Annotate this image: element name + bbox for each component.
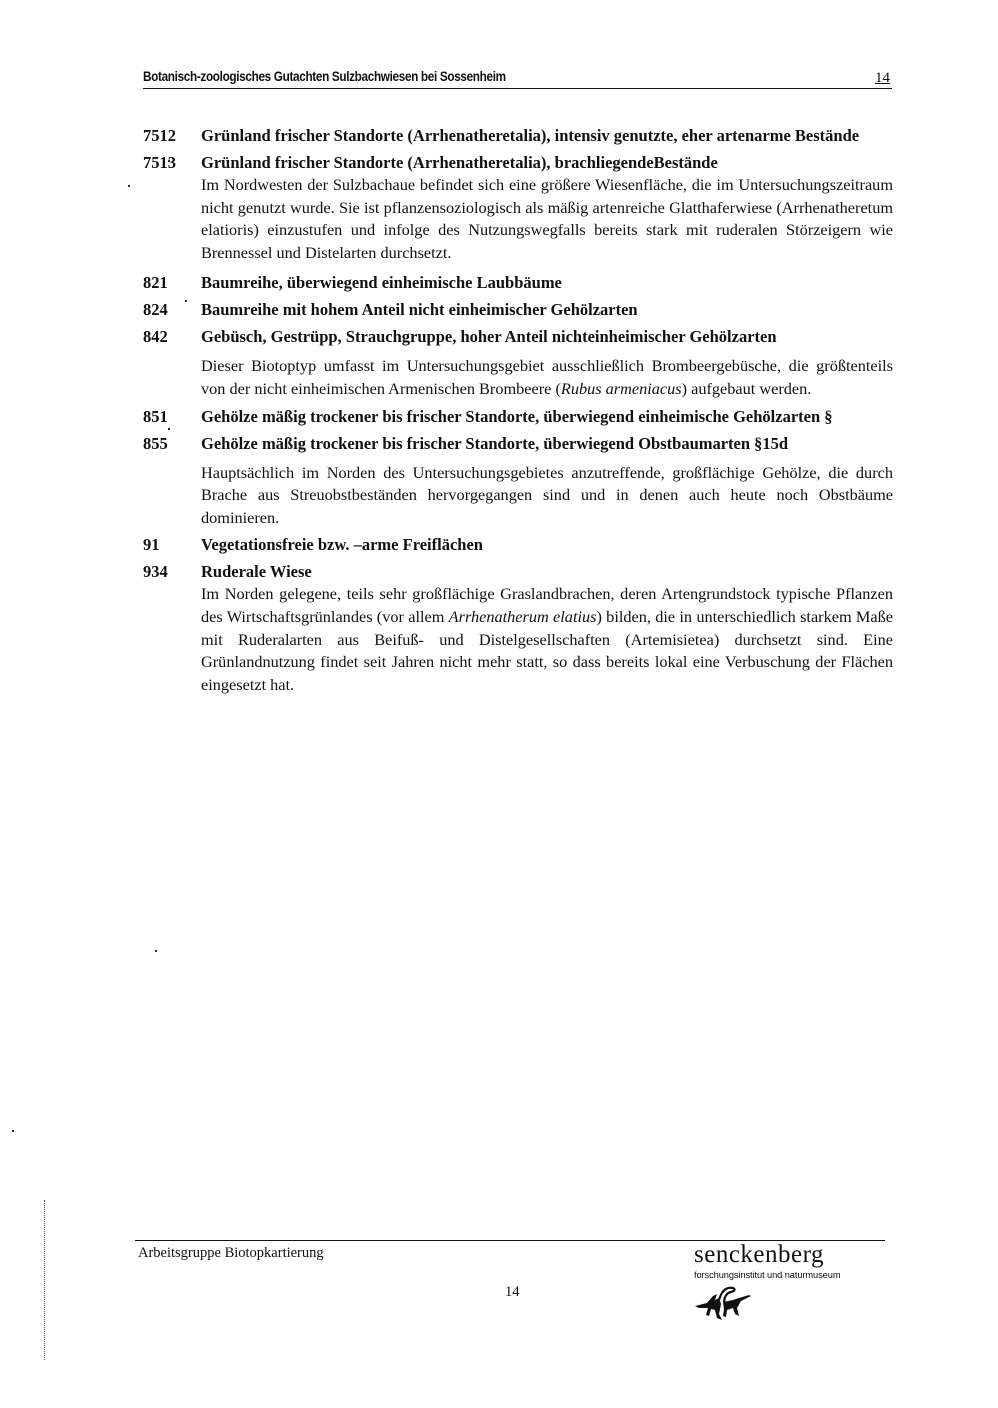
entry-824: 824 Baumreihe mit hohem Anteil nicht ein… (143, 298, 893, 321)
entry-title: Gebüsch, Gestrüpp, Strauchgruppe, hoher … (201, 325, 893, 348)
entry-code: 821 (143, 271, 199, 294)
scan-artifact (44, 1200, 51, 1360)
species-name: Rubus armeniacus (561, 379, 682, 398)
entry-title: Grünland frischer Standorte (Arrhenather… (201, 151, 893, 174)
footer-page-number: 14 (505, 1284, 520, 1301)
entry-description: Im Nordwesten der Sulzbachaue befindet s… (201, 174, 893, 264)
biotope-list: 7512 Grünland frischer Standorte (Arrhen… (143, 124, 893, 696)
entry-title: Gehölze mäßig trockener bis frischer Sta… (201, 405, 893, 428)
entry-description: Im Norden gelegene, teils sehr großfläch… (201, 583, 893, 696)
entry-91: 91 Vegetationsfreie bzw. –arme Freifläch… (143, 533, 893, 556)
document-page: Botanisch-zoologisches Gutachten Sulzbac… (0, 0, 998, 1408)
entry-code: 855 (143, 432, 199, 455)
entry-title: Ruderale Wiese (201, 560, 893, 583)
entry-title: Grünland frischer Standorte (Arrhenather… (201, 124, 893, 147)
dinosaur-icon (693, 1284, 763, 1324)
entry-934: 934 Ruderale Wiese Im Norden gelegene, t… (143, 560, 893, 696)
entry-title: Baumreihe mit hohem Anteil nicht einheim… (201, 298, 893, 321)
entry-code: 7512 (143, 124, 199, 147)
scan-speck (155, 950, 157, 952)
scan-speck (12, 1130, 14, 1132)
entry-code: 934 (143, 560, 199, 583)
logo-subtitle: forschungsinstitut und naturmuseum (694, 1270, 840, 1280)
entry-code: 842 (143, 325, 199, 348)
entry-title: Gehölze mäßig trockener bis frischer Sta… (201, 432, 893, 455)
header-title: Botanisch-zoologisches Gutachten Sulzbac… (143, 68, 506, 84)
entry-851: 851 Gehölze mäßig trockener bis frischer… (143, 405, 893, 428)
entry-code: 7513 (143, 151, 199, 174)
entry-code: 851 (143, 405, 199, 428)
scan-speck (168, 428, 170, 430)
entry-title: Baumreihe, überwiegend einheimische Laub… (201, 271, 893, 294)
footer-organization: Arbeitsgruppe Biotopkartierung (138, 1245, 324, 1262)
entry-7512: 7512 Grünland frischer Standorte (Arrhen… (143, 124, 893, 147)
entry-7513: 7513 Grünland frischer Standorte (Arrhen… (143, 151, 893, 264)
header-page-number: 14 (875, 70, 890, 87)
entry-description: Hauptsächlich im Norden des Untersuchung… (201, 462, 893, 530)
entry-821: 821 Baumreihe, überwiegend einheimische … (143, 271, 893, 294)
logo-wordmark: senckenberg (694, 1242, 824, 1268)
description-text: Hauptsächlich im Norden des Untersuchung… (201, 463, 893, 527)
entry-code: 824 (143, 298, 199, 321)
page-header: Botanisch-zoologisches Gutachten Sulzbac… (143, 66, 892, 89)
scan-speck (168, 160, 170, 162)
description-text: ) aufgebaut werden. (682, 379, 812, 398)
scan-speck (185, 300, 187, 302)
entry-842: 842 Gebüsch, Gestrüpp, Strauchgruppe, ho… (143, 325, 893, 400)
species-name: Arrhenatherum elatius (449, 607, 597, 626)
entry-title: Vegetationsfreie bzw. –arme Freiflächen (201, 533, 893, 556)
entry-description: Dieser Biotoptyp umfasst im Untersuchung… (201, 355, 893, 400)
description-text: Im Nordwesten der Sulzbachaue befindet s… (201, 175, 893, 262)
entry-855: 855 Gehölze mäßig trockener bis frischer… (143, 432, 893, 530)
entry-code: 91 (143, 533, 199, 556)
scan-speck (128, 185, 130, 187)
